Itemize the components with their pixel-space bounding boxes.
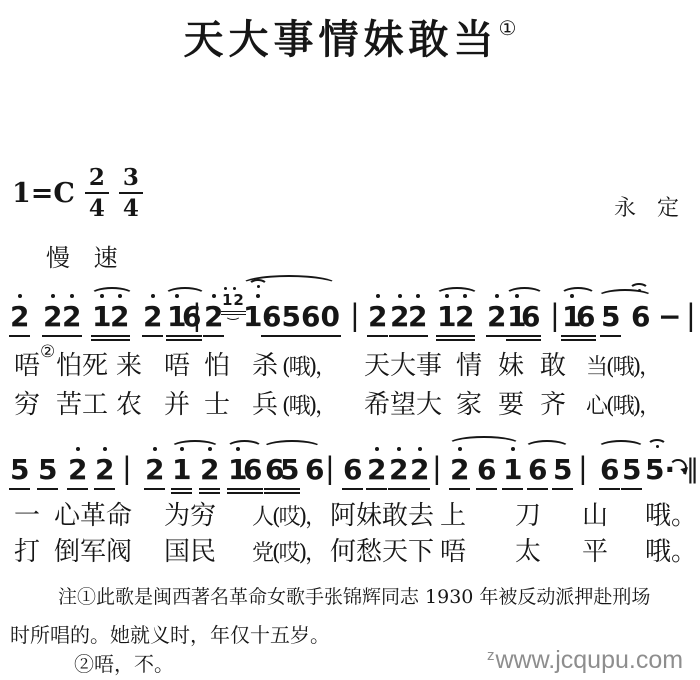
slur-arc [524, 440, 570, 456]
slur-arc [164, 287, 206, 303]
barline: | [350, 301, 360, 330]
note: 6 [243, 456, 262, 484]
note: 6 [600, 456, 619, 484]
lyric: 怕 [204, 352, 230, 382]
lyric: 杀 [252, 352, 278, 382]
barline: | [578, 454, 588, 483]
time-signature-2-4: 2 4 [85, 166, 109, 220]
note: 6 [477, 456, 496, 484]
note: 6 [631, 303, 650, 331]
note: 2 [389, 456, 408, 484]
lyric: 唔 [440, 538, 466, 568]
note: 2 [43, 303, 62, 331]
lyric: 心革命 [54, 502, 132, 532]
lyric: 哦。 [645, 502, 697, 532]
slur-arc [262, 440, 322, 456]
note: 5 [38, 456, 57, 484]
lyric: 希望大 [364, 391, 442, 421]
music-line-1: 2 2 2 1 2 2 1 6 | 2 12 1· 6560 | 2 2 2 1… [0, 303, 700, 349]
note: 5 [601, 303, 620, 331]
lyric: (哦)， [282, 394, 335, 419]
footnote-1-cont: 时所唱的。她就义时，年仅十五岁。 [10, 621, 330, 649]
lyric: 心(哦)， [586, 394, 659, 419]
lyric: 人(哎)， [252, 505, 325, 530]
lyric: 齐 [540, 391, 566, 421]
lyric: (哦)， [282, 355, 335, 380]
note: 2 [10, 303, 29, 331]
note: 1 [92, 303, 111, 331]
lyric: 上 [440, 502, 466, 532]
note: 5 [622, 456, 641, 484]
sheet-music-page: { "page": { "background": "#ffffff", "in… [0, 0, 700, 680]
final-barline: ‖ [686, 456, 697, 482]
octave-dot [233, 287, 236, 290]
note: 6 [576, 303, 595, 331]
lyric: 阿妹敢去 [330, 502, 434, 532]
note: 2 [95, 456, 114, 484]
slur-arc [447, 436, 521, 454]
region-label: 永 定 [614, 191, 679, 222]
meter-denominator: 4 [85, 194, 109, 220]
note: 2 [368, 303, 387, 331]
lyric: 唔 [14, 352, 40, 382]
note: 2 [143, 303, 162, 331]
footnote-2: ②唔，不。 [74, 650, 174, 678]
lyric-line-2: 穷 苦工 农 并 士 兵 (哦)， 希望大 家 要 齐 心(哦)， [0, 391, 700, 425]
lyric: 一 [14, 502, 40, 532]
note: 2 [455, 303, 474, 331]
song-title: 天大事情妹敢当 [184, 16, 499, 63]
lyric-line-3: 一 心革命 为穷 人(哎)， 阿妹敢去 上 刀 山 哦。 [0, 502, 700, 536]
note: 6 [305, 456, 324, 484]
fermata-icon [629, 283, 649, 297]
note: 1 [172, 456, 191, 484]
time-signature-3-4: 3 4 [119, 166, 143, 220]
note: 2 [110, 303, 129, 331]
fermata-icon [647, 439, 667, 453]
lyric: 唔 [164, 352, 190, 382]
lyric: 打 [14, 538, 40, 568]
lyric: 并 [164, 391, 190, 421]
lyric: 太 [515, 538, 541, 568]
note: 2 [204, 303, 223, 331]
slur-arc [435, 287, 479, 303]
meter-numerator: 3 [119, 166, 143, 194]
lyric: 妹 [498, 352, 524, 382]
title-footnote-mark: ① [499, 16, 517, 40]
note: 2 [68, 456, 87, 484]
watermark-logo: z [487, 647, 495, 664]
note: 5 [553, 456, 572, 484]
slur-arc [597, 440, 645, 456]
lyric: 兵 [252, 391, 278, 421]
watermark-url: www.jcqupu.com [496, 646, 684, 674]
note: 2 [390, 303, 409, 331]
key-label: 1=C [12, 178, 75, 209]
note: 2 [62, 303, 81, 331]
note-group: 6560 [262, 303, 340, 331]
fermata-icon [248, 279, 268, 293]
grace-tie [225, 310, 241, 320]
lyric: 要 [498, 391, 524, 421]
note: 2 [200, 456, 219, 484]
note: 6 [343, 456, 362, 484]
lyric: 天大事 [364, 352, 442, 382]
lyric: 苦工 [56, 391, 108, 421]
lyric-line-4: 打 倒军阀 国民 党(哎)， 何愁天下 唔 太 平 哦。 [0, 538, 700, 572]
note: 6 [528, 456, 547, 484]
lyric: 情 [456, 352, 482, 382]
held-note-dash: − [658, 303, 681, 331]
music-line-2: 5 5 2 2 | 2 1 2 1 6 6 5 6 | 6 2 2 2 | 2 … [0, 456, 700, 502]
note: 5 [280, 456, 299, 484]
slur-arc [90, 287, 134, 303]
lyric: 何愁天下 [330, 538, 434, 568]
note: 2 [410, 456, 429, 484]
slur-arc [560, 287, 596, 303]
lyric: 倒军阀 [54, 538, 132, 568]
note: 1 [503, 456, 522, 484]
lyric: 刀 [515, 502, 541, 532]
barline: | [686, 301, 696, 330]
note: 5 [10, 456, 29, 484]
lyric: 当(哦)， [586, 355, 659, 380]
note: 2 [408, 303, 427, 331]
meter-denominator: 4 [119, 194, 143, 220]
key-signature: 1=C 2 4 3 4 [12, 166, 143, 220]
lyric: 农 [116, 391, 142, 421]
lyric: 敢 [540, 352, 566, 382]
lyric-line-1: 唔 ② 怕死 来 唔 怕 杀 (哦)， 天大事 情 妹 敢 当(哦)， [0, 352, 700, 386]
lyric: 党(哎)， [252, 541, 325, 566]
footnote-1: 注①此歌是闽西著名革命女歌手张锦辉同志 1930 年被反动派押赴刑场 [58, 584, 650, 611]
barline: | [325, 454, 335, 483]
lyric: 国民 [164, 538, 216, 568]
lyric: 山 [582, 502, 608, 532]
barline: | [550, 301, 560, 330]
note: 2 [450, 456, 469, 484]
lyric-footnote-mark: ② [40, 343, 55, 363]
page-title: 天大事情妹敢当① [0, 8, 700, 65]
lyric: 穷 [14, 391, 40, 421]
slide-down-icon [669, 459, 687, 477]
barline: | [122, 454, 132, 483]
note: 6 [521, 303, 540, 331]
lyric: 为穷 [164, 502, 216, 532]
lyric: 家 [456, 391, 482, 421]
lyric: 平 [582, 538, 608, 568]
lyric: 来 [116, 352, 142, 382]
lyric: 怕死 [56, 352, 108, 382]
meter-numerator: 2 [85, 166, 109, 194]
octave-dot [224, 287, 227, 290]
barline: | [192, 301, 202, 330]
watermark-link[interactable]: zwww.jcqupu.com [487, 646, 683, 675]
lyric: 哦。 [645, 538, 697, 568]
note: 2 [487, 303, 506, 331]
barline: | [432, 454, 442, 483]
slur-arc [505, 287, 544, 303]
slur-arc [170, 440, 220, 456]
lyric: 士 [204, 391, 230, 421]
tempo-marking: 慢 速 [46, 238, 118, 273]
note: 2 [145, 456, 164, 484]
grace-note: 12 [222, 293, 245, 308]
note: 2 [367, 456, 386, 484]
note: 1 [437, 303, 456, 331]
slur-arc [226, 440, 263, 456]
